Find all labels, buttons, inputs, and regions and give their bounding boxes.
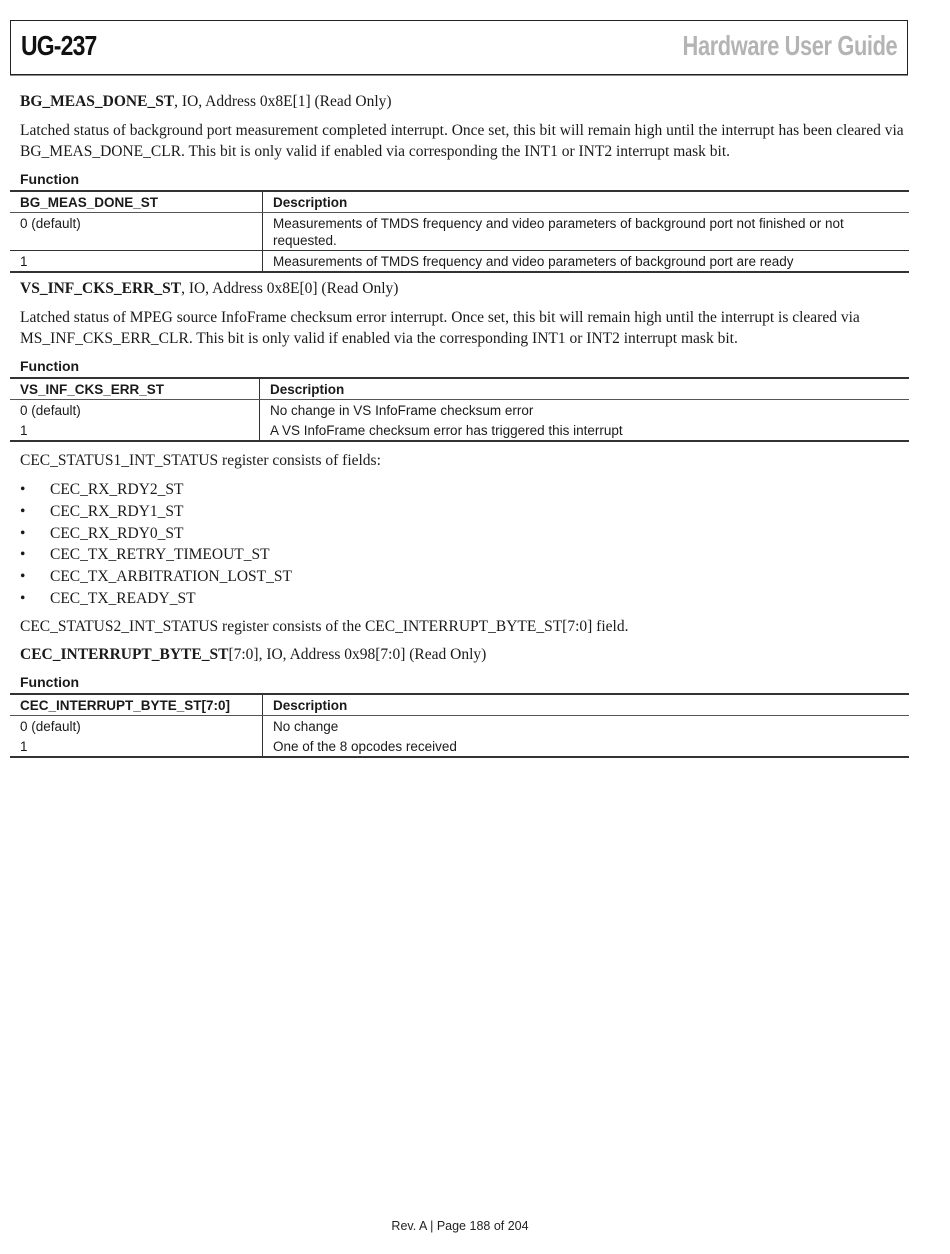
table-cell: 0 (default) <box>10 213 263 251</box>
bullet-icon: • <box>20 566 25 588</box>
table-header-row: VS_INF_CKS_ERR_ST Description <box>10 378 909 400</box>
table-cell: 0 (default) <box>10 400 260 421</box>
function-table: CEC_INTERRUPT_BYTE_ST[7:0] Description 0… <box>10 693 909 758</box>
register-description: Latched status of MPEG source InfoFrame … <box>20 307 908 349</box>
register-title: CEC_INTERRUPT_BYTE_ST[7:0], IO, Address … <box>20 645 908 665</box>
table-row: 1 One of the 8 opcodes received <box>10 736 909 757</box>
function-label: Function <box>20 673 908 691</box>
list-item: •CEC_TX_RETRY_TIMEOUT_ST <box>20 544 908 566</box>
register-info: , IO, Address 0x8E[1] (Read Only) <box>174 93 391 110</box>
bullet-icon: • <box>20 588 25 610</box>
cec-status1-field-list: •CEC_RX_RDY2_ST •CEC_RX_RDY1_ST •CEC_RX_… <box>20 479 908 610</box>
function-label: Function <box>20 170 908 188</box>
page-content: BG_MEAS_DONE_ST, IO, Address 0x8E[1] (Re… <box>20 88 908 758</box>
list-item: •CEC_RX_RDY1_ST <box>20 501 908 523</box>
table-cell: 1 <box>10 736 263 757</box>
register-title: BG_MEAS_DONE_ST, IO, Address 0x8E[1] (Re… <box>20 92 908 112</box>
table-header: Description <box>263 191 910 213</box>
table-row: 0 (default) No change in VS InfoFrame ch… <box>10 400 909 421</box>
table-cell: 1 <box>10 251 263 273</box>
bullet-icon: • <box>20 544 25 566</box>
bullet-icon: • <box>20 523 25 545</box>
table-row: 0 (default) No change <box>10 715 909 736</box>
cec-status1-intro: CEC_STATUS1_INT_STATUS register consists… <box>20 450 908 471</box>
table-header-row: CEC_INTERRUPT_BYTE_ST[7:0] Description <box>10 694 909 716</box>
table-header: CEC_INTERRUPT_BYTE_ST[7:0] <box>10 694 263 716</box>
function-table: BG_MEAS_DONE_ST Description 0 (default) … <box>10 190 909 273</box>
table-cell: Measurements of TMDS frequency and video… <box>263 251 910 273</box>
table-header: Description <box>260 378 910 400</box>
list-item: •CEC_RX_RDY2_ST <box>20 479 908 501</box>
table-row: 0 (default) Measurements of TMDS frequen… <box>10 213 909 251</box>
bullet-icon: • <box>20 479 25 501</box>
doc-type: Hardware User Guide <box>682 30 897 62</box>
table-cell: 1 <box>10 420 260 441</box>
table-cell: Measurements of TMDS frequency and video… <box>263 213 910 251</box>
table-row: 1 A VS InfoFrame checksum error has trig… <box>10 420 909 441</box>
table-cell: 0 (default) <box>10 715 263 736</box>
register-name: VS_INF_CKS_ERR_ST <box>20 280 181 297</box>
list-item: •CEC_TX_READY_ST <box>20 588 908 610</box>
table-cell: A VS InfoFrame checksum error has trigge… <box>260 420 910 441</box>
table-header: BG_MEAS_DONE_ST <box>10 191 263 213</box>
table-header: Description <box>263 694 910 716</box>
bullet-icon: • <box>20 501 25 523</box>
table-cell: No change in VS InfoFrame checksum error <box>260 400 910 421</box>
table-header: VS_INF_CKS_ERR_ST <box>10 378 260 400</box>
list-item: •CEC_TX_ARBITRATION_LOST_ST <box>20 566 908 588</box>
function-label: Function <box>20 357 908 375</box>
register-name: CEC_INTERRUPT_BYTE_ST <box>20 646 228 663</box>
page-footer: Rev. A | Page 188 of 204 <box>0 1219 920 1233</box>
table-header-row: BG_MEAS_DONE_ST Description <box>10 191 909 213</box>
register-info: , IO, Address 0x8E[0] (Read Only) <box>181 280 398 297</box>
doc-code: UG-237 <box>21 30 96 62</box>
register-description: Latched status of background port measur… <box>20 120 908 162</box>
page-header: UG-237 Hardware User Guide <box>10 20 908 75</box>
cec-status2-intro: CEC_STATUS2_INT_STATUS register consists… <box>20 616 908 637</box>
register-title: VS_INF_CKS_ERR_ST, IO, Address 0x8E[0] (… <box>20 279 908 299</box>
function-table: VS_INF_CKS_ERR_ST Description 0 (default… <box>10 377 909 442</box>
register-name: BG_MEAS_DONE_ST <box>20 93 174 110</box>
table-cell: No change <box>263 715 910 736</box>
register-info: , IO, Address 0x98[7:0] (Read Only) <box>259 646 487 663</box>
table-cell: One of the 8 opcodes received <box>263 736 910 757</box>
table-row: 1 Measurements of TMDS frequency and vid… <box>10 251 909 273</box>
register-bits: [7:0] <box>228 646 258 663</box>
list-item: •CEC_RX_RDY0_ST <box>20 523 908 545</box>
